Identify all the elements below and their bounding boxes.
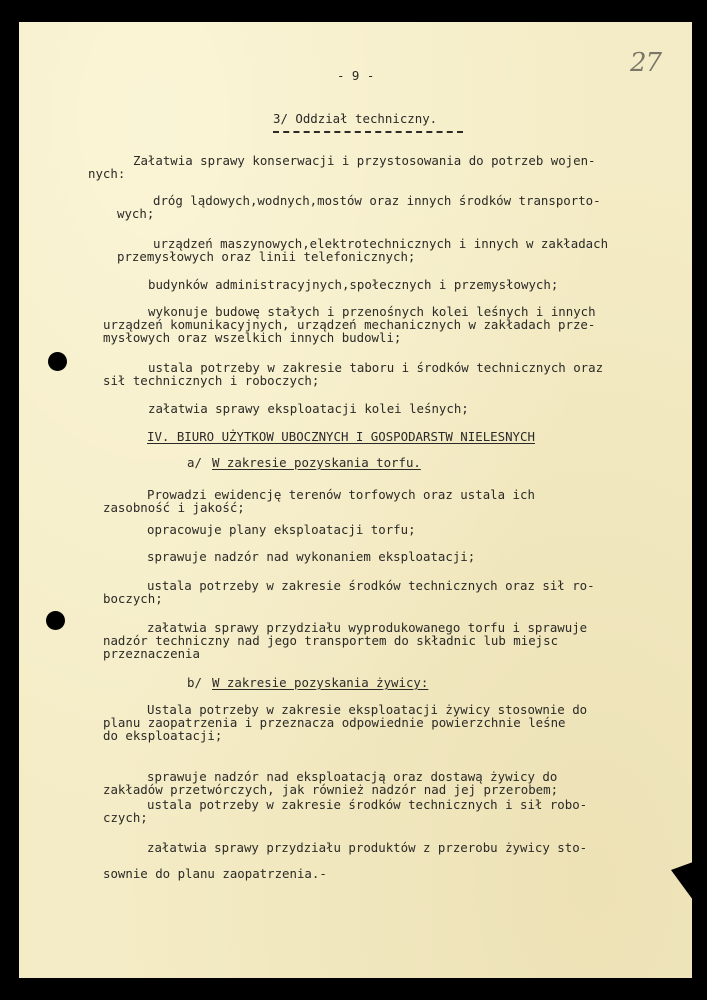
punch-hole-bottom xyxy=(46,611,65,630)
paragraph-line: Załatwia sprawy konserwacji i przystosow… xyxy=(133,155,596,168)
paragraph-line: przemysłowych oraz linii telefonicznych; xyxy=(117,251,415,264)
paragraph-line: ustala potrzeby w zakresie środków techn… xyxy=(147,799,587,812)
title-rule xyxy=(273,131,463,133)
paragraph-line: zasobność i jakość; xyxy=(103,502,245,515)
paragraph-line: załatwia sprawy przydziału produktów z p… xyxy=(147,842,587,855)
page-number: - 9 - xyxy=(337,70,374,83)
paragraph-line: sił technicznych i roboczych; xyxy=(103,375,319,388)
paragraph-line: czych; xyxy=(103,812,148,825)
paragraph-line: drόg lądowych,wodnych,mostów oraz innych… xyxy=(153,195,601,208)
section-title: 3/ Oddział techniczny. xyxy=(273,113,437,126)
paragraph-line: sprawuje nadzór nad wykonaniem eksploata… xyxy=(147,551,475,564)
folio-number: 27 xyxy=(630,48,661,78)
subsection-a-prefix: a/ xyxy=(187,457,209,470)
subsection-b-prefix: b/ xyxy=(187,677,209,690)
torn-edge xyxy=(671,862,693,900)
paragraph-line: budynków administracyjnych,społecznych i… xyxy=(148,279,558,292)
subsection-a-title: W zakresie pozyskania torfu. xyxy=(212,457,421,470)
paragraph-line: załatwia sprawy eksploatacji kolei leśny… xyxy=(148,403,469,416)
punch-hole-top xyxy=(48,352,67,371)
part-heading: IV. BIURO UŻYTKOW UBOCZNYCH I GOSPODARST… xyxy=(147,431,535,444)
paragraph-line: przeznaczenia xyxy=(103,648,200,661)
paragraph-line: do eksploatacji; xyxy=(103,730,222,743)
paragraph-line: nych: xyxy=(88,168,125,181)
paragraph-line: mysłowych oraz wszelkich innych budowli; xyxy=(103,332,401,345)
paragraph-line: opracowuje plany eksploatacji torfu; xyxy=(147,524,416,537)
paragraph-line: sownie do planu zaopatrzenia.- xyxy=(103,868,327,881)
paragraph-line: wych; xyxy=(117,208,154,221)
paragraph-line: ustala potrzeby w zakresie środków techn… xyxy=(147,580,595,593)
paragraph-line: boczych; xyxy=(103,593,163,606)
subsection-b-title: W zakresie pozyskania żywicy: xyxy=(212,677,428,690)
paragraph-line: zakładów przetwórczych, jak również nadz… xyxy=(103,784,558,797)
